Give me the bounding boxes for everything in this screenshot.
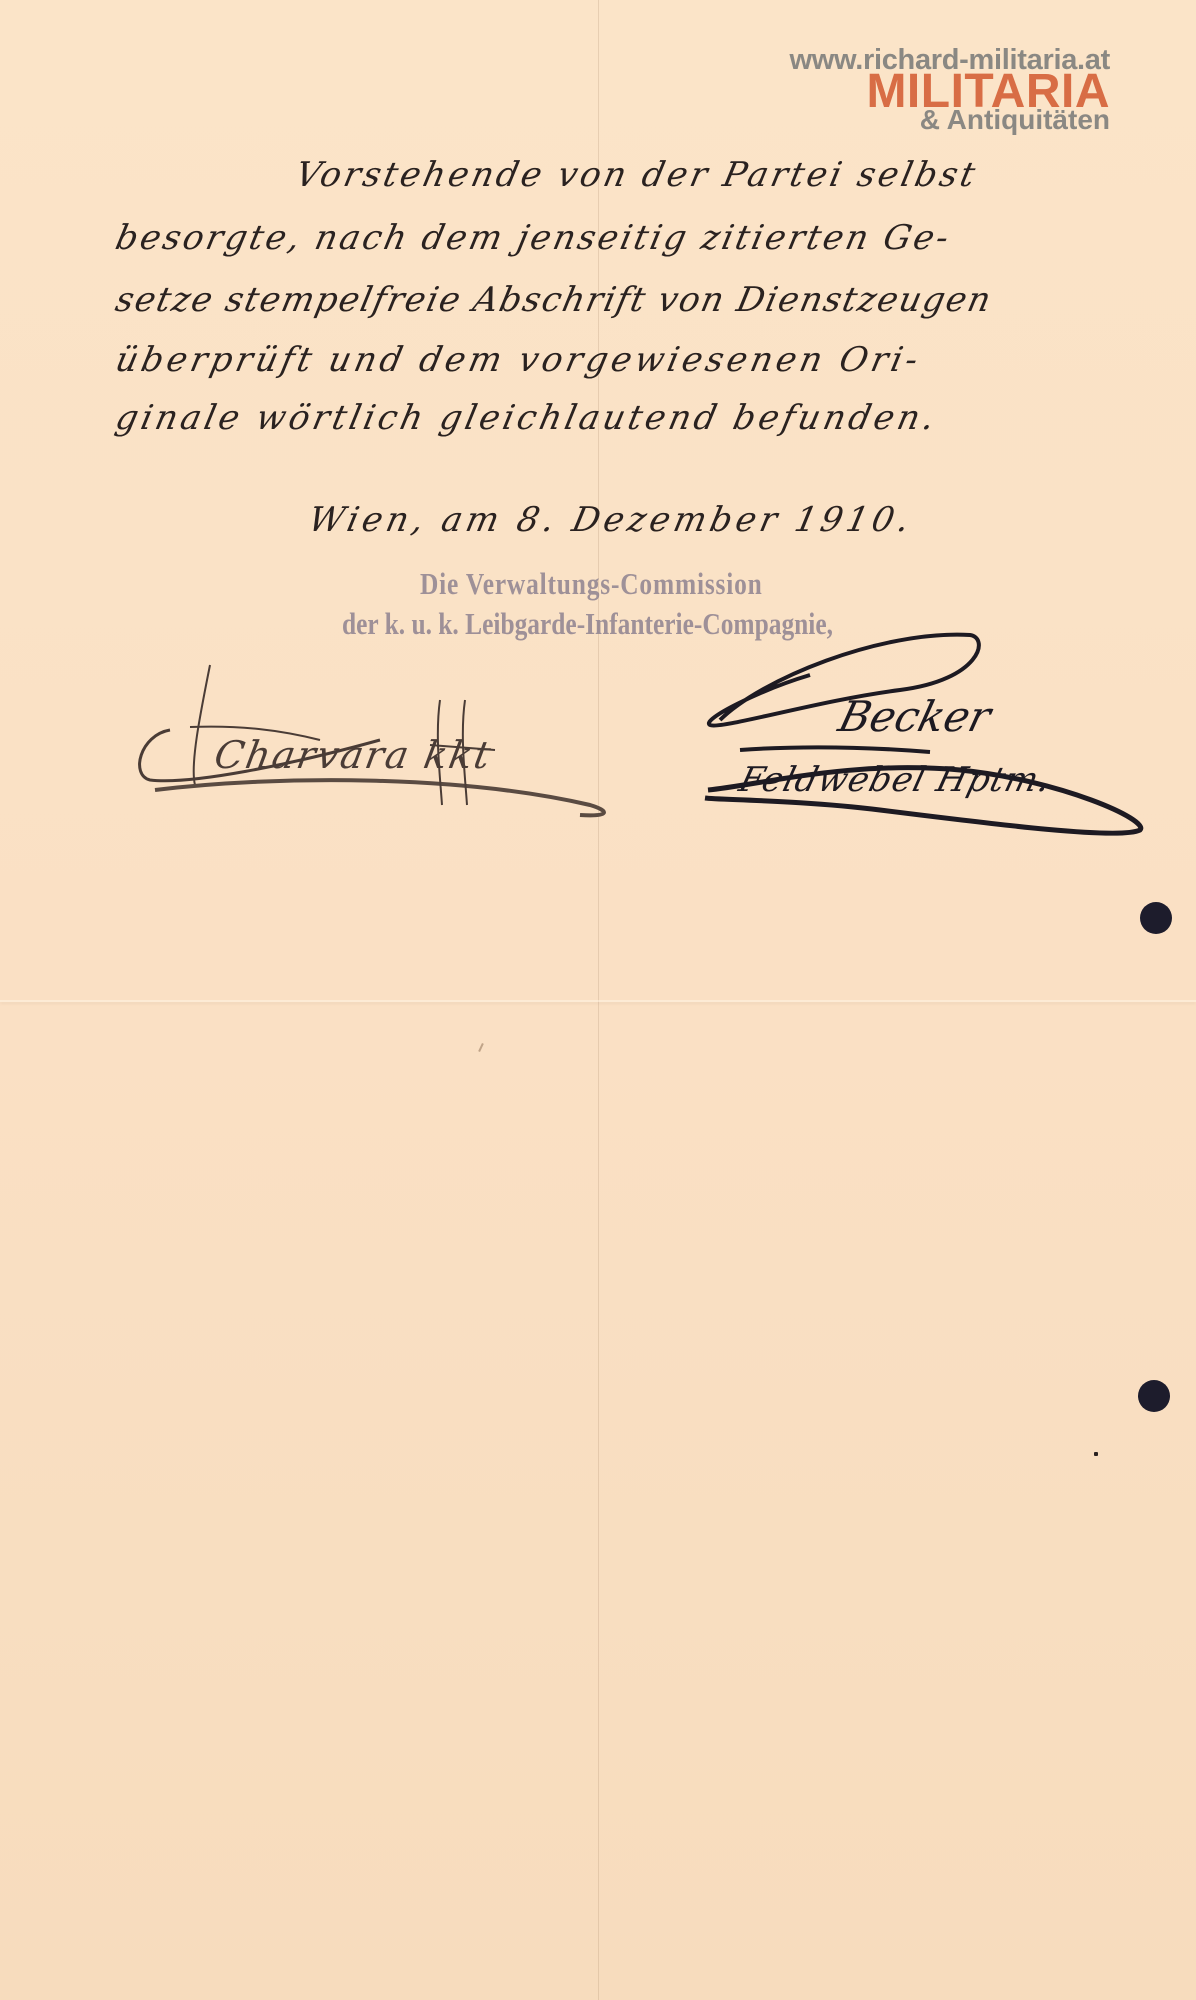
signature-left-name: Charvara kkt: [211, 733, 495, 777]
horizontal-fold-line: [0, 1000, 1196, 1002]
handwritten-line-4: überprüft und dem vorgewiesenen Ori-: [112, 340, 925, 380]
signature-right-name: Becker: [834, 692, 996, 741]
handwritten-line-1: Vorstehende von der Partei selbst: [292, 155, 981, 195]
stamp-line-1: Die Verwaltungs-Commission: [420, 566, 763, 602]
signature-right: Becker Feldwebel Hptm.: [700, 620, 1160, 860]
date-line: Wien, am 8. Dezember 1910.: [305, 500, 917, 540]
signature-right-title: Feldwebel Hptm.: [735, 760, 1055, 800]
signature-left: Charvara kkt: [130, 655, 730, 835]
watermark-subtitle: & Antiquitäten: [920, 106, 1110, 134]
paper-mark: [478, 1043, 484, 1052]
punch-hole-lower: [1138, 1380, 1170, 1412]
handwritten-line-3: setze stempelfreie Abschrift von Dienstz…: [112, 280, 996, 320]
handwritten-line-2: besorgte, nach dem jenseitig zitierten G…: [112, 218, 955, 258]
punch-hole-upper: [1140, 902, 1172, 934]
handwritten-line-5: ginale wörtlich gleichlautend befunden.: [112, 398, 941, 438]
ink-speck: [1094, 1452, 1098, 1456]
